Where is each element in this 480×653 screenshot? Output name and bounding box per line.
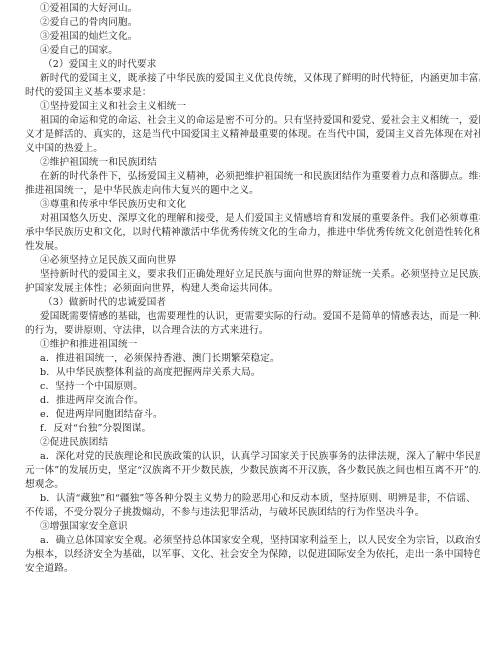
sub1-item-c: c．坚持一个中国原则。 [0, 380, 480, 393]
req3-title: ③尊重和传承中华民族历史和文化 [0, 198, 480, 211]
love-item-3: ③爱祖国的灿烂文化。 [0, 30, 480, 43]
document-page: ①爱祖国的大好河山。 ②爱自己的骨肉同胞。 ③爱祖国的灿烂文化。 ④爱自己的国家… [0, 0, 480, 653]
req4-line1: 坚持新时代的爱国主义，要求我们正确处理好立足民族与面向世界的辩证统一关系。必须坚… [0, 268, 480, 281]
love-item-1: ①爱祖国的大好河山。 [0, 2, 480, 15]
sub3-a-line2: 为根本，以经济安全为基础，以军事、文化、社会安全为保障，以促进国际安全为依托，走… [0, 548, 480, 561]
love-item-2: ②爱自己的骨肉同胞。 [0, 16, 480, 29]
section2-heading: （2）爱国主义的时代要求 [0, 58, 480, 71]
sub3-a-line3: 安全道路。 [0, 562, 480, 575]
sub1-item-e: e．促进两岸同胞团结奋斗。 [0, 408, 480, 421]
section3-intro-line2: 的行为，要讲原则、守法律，以合理合法的方式来进行。 [0, 324, 480, 337]
sub2-a-line1: a．深化对党的民族理论和民族政策的认识，认真学习国家关于民族事务的法律法规，深入… [0, 450, 480, 463]
sub1-item-d: d．推进两岸交流合作。 [0, 394, 480, 407]
section2-intro-line2: 时代的爱国主义基本要求是： [0, 86, 480, 99]
sub1-item-f: f．反对“台独”分裂图谋。 [0, 422, 480, 435]
req2-title: ②维护祖国统一和民族团结 [0, 156, 480, 169]
req3-line3: 性发展。 [0, 240, 480, 253]
section3-heading: （3）做新时代的忠诚爱国者 [0, 296, 480, 309]
section3-intro-line1: 爱国既需要情感的基础，也需要理性的认识，更需要实际的行动。爱国不是简单的情感表达… [0, 310, 480, 323]
req4-title: ④必须坚持立足民族又面向世界 [0, 254, 480, 267]
req1-line1: 祖国的命运和党的命运、社会主义的命运是密不可分的。只有坚持爱国和爱党、爱社会主义… [0, 114, 480, 127]
req1-title: ①坚持爱国主义和社会主义相统一 [0, 100, 480, 113]
req2-line2: 推进祖国统一，是中华民族走向伟大复兴的题中之义。 [0, 184, 480, 197]
sub3-title: ③增强国家安全意识 [0, 520, 480, 533]
sub2-a-line3: 想观念。 [0, 478, 480, 491]
sub1-title: ①维护和推进祖国统一 [0, 338, 480, 351]
love-item-4: ④爱自己的国家。 [0, 44, 480, 57]
sub3-a-line1: a．确立总体国家安全观。必须坚持总体国家安全观，坚持国家利益至上，以人民安全为宗… [0, 534, 480, 547]
section2-intro-line1: 新时代的爱国主义，既承接了中华民族的爱国主义优良传统，又体现了鲜明的时代特征，内… [0, 72, 480, 85]
req3-line2: 承中华民族历史和文化，以时代精神激活中华优秀传统文化的生命力，推进中华优秀传统文… [0, 226, 480, 239]
sub2-a-line2: 元一体”的发展历史，坚定“汉族离不开少数民族，少数民族离不开汉族，各少数民族之间… [0, 464, 480, 477]
req1-line3: 义中国的热爱上。 [0, 142, 480, 155]
req4-line2: 护国家发展主体性；必须面向世界，构建人类命运共同体。 [0, 282, 480, 295]
sub1-item-a: a．推进祖国统一，必须保持香港、澳门长期繁荣稳定。 [0, 352, 480, 365]
req3-line1: 对祖国悠久历史、深厚文化的理解和接受，是人们爱国主义情感培育和发展的重要条件。我… [0, 212, 480, 225]
req1-line2: 义才是鲜活的、真实的，这是当代中国爱国主义精神最重要的体现。在当代中国，爱国主义… [0, 128, 480, 141]
sub2-title: ②促进民族团结 [0, 436, 480, 449]
req2-line1: 在新的时代条件下，弘扬爱国主义精神，必须把维护祖国统一和民族团结作为重要着力点和… [0, 170, 480, 183]
sub2-b-line2: 不传谣，不受分裂分子挑拨煽动，不参与违法犯罪活动，与破坏民族团结的行为作坚决斗争… [0, 506, 480, 519]
sub2-b-line1: b．认清“藏独”和“疆独”等各种分裂主义势力的险恶用心和反动本质，坚持原则、明辨… [0, 492, 480, 505]
sub1-item-b: b．从中华民族整体利益的高度把握两岸关系大局。 [0, 366, 480, 379]
